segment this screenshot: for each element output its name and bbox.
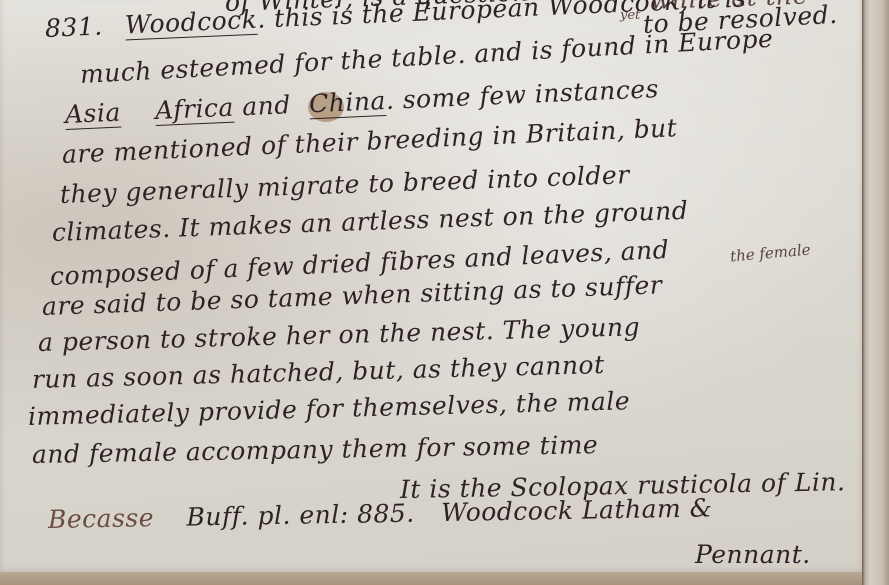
book-binding-edge [862,0,889,585]
line-15: Pennant. [695,540,811,569]
line-12: and female accompany them for some time [32,430,599,469]
manuscript-page: of Winter, is a question yet to be resol… [0,0,862,575]
becasse: Becasse [48,503,155,534]
entry-title: Woodcock [124,5,257,40]
line-11: immediately provide for themselves, the … [28,386,631,431]
insert-the-female: the female [729,241,811,266]
line-14: Becasse Buff. pl. enl: 885. Woodcock Lat… [48,493,713,534]
page-bottom-edge [0,572,862,585]
line-10: run as soon as hatched, but, as they can… [32,350,605,394]
latham-ref: Woodcock Latham & [441,493,713,527]
entry-number: 831. [44,11,103,42]
buffon-ref: Buff. pl. enl: 885. [186,499,415,532]
line-9: a person to stroke her on the nest. The … [38,312,641,357]
